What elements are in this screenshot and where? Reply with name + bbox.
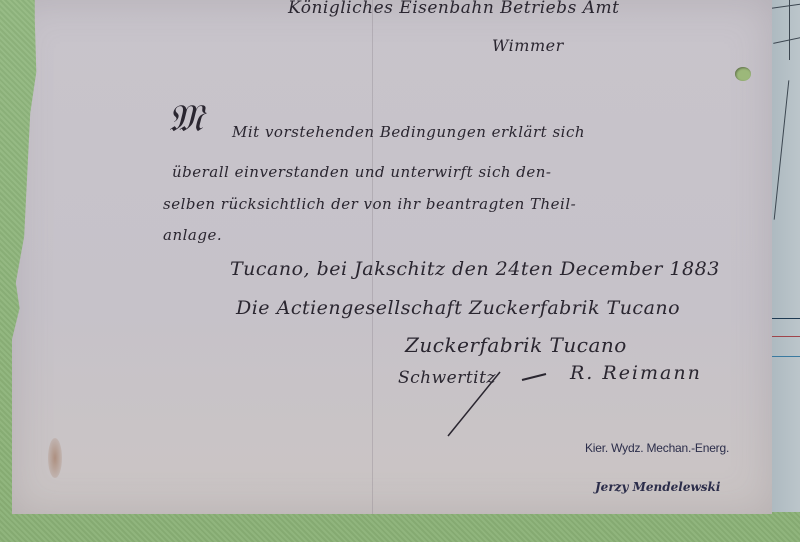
company-signature: Zuckerfabrik Tucano	[405, 333, 627, 357]
map-line	[789, 0, 790, 60]
decorative-initial-M: 𝔐	[168, 96, 203, 141]
map-line-blue	[771, 318, 800, 319]
place-date-line: Tucano, bei Jakschitz den 24ten December…	[230, 258, 720, 280]
paper-fold-crease	[372, 0, 373, 514]
body-line-1: Mit vorstehenden Bedingungen erklärt sic…	[232, 123, 585, 141]
archive-stamp-name: Jerzy Mendelewski	[595, 480, 720, 494]
body-line-4: anlage.	[163, 226, 222, 244]
signature-right: R. Reimann	[570, 362, 702, 384]
company-line: Die Actiengesellschaft Zuckerfabrik Tuca…	[236, 297, 680, 319]
document-sheet	[12, 0, 772, 514]
signature-flourish	[440, 370, 510, 440]
punch-hole	[735, 67, 751, 81]
header-signature: Wimmer	[492, 36, 564, 55]
map-line-red	[771, 336, 800, 337]
map-line-cyan	[771, 356, 800, 357]
archive-stamp-department: Kier. Wydz. Mechan.-Energ.	[585, 441, 729, 455]
signature-dash	[520, 372, 550, 382]
rust-stain	[48, 438, 62, 478]
map-line	[767, 4, 800, 10]
map-line	[773, 37, 800, 44]
body-line-3: selben rücksichtlich der von ihr beantra…	[163, 195, 576, 213]
header-authority: Königliches Eisenbahn Betriebs Amt	[288, 0, 619, 18]
map-line	[774, 80, 790, 219]
body-line-2: überall einverstanden und unterwirft sic…	[172, 163, 551, 181]
